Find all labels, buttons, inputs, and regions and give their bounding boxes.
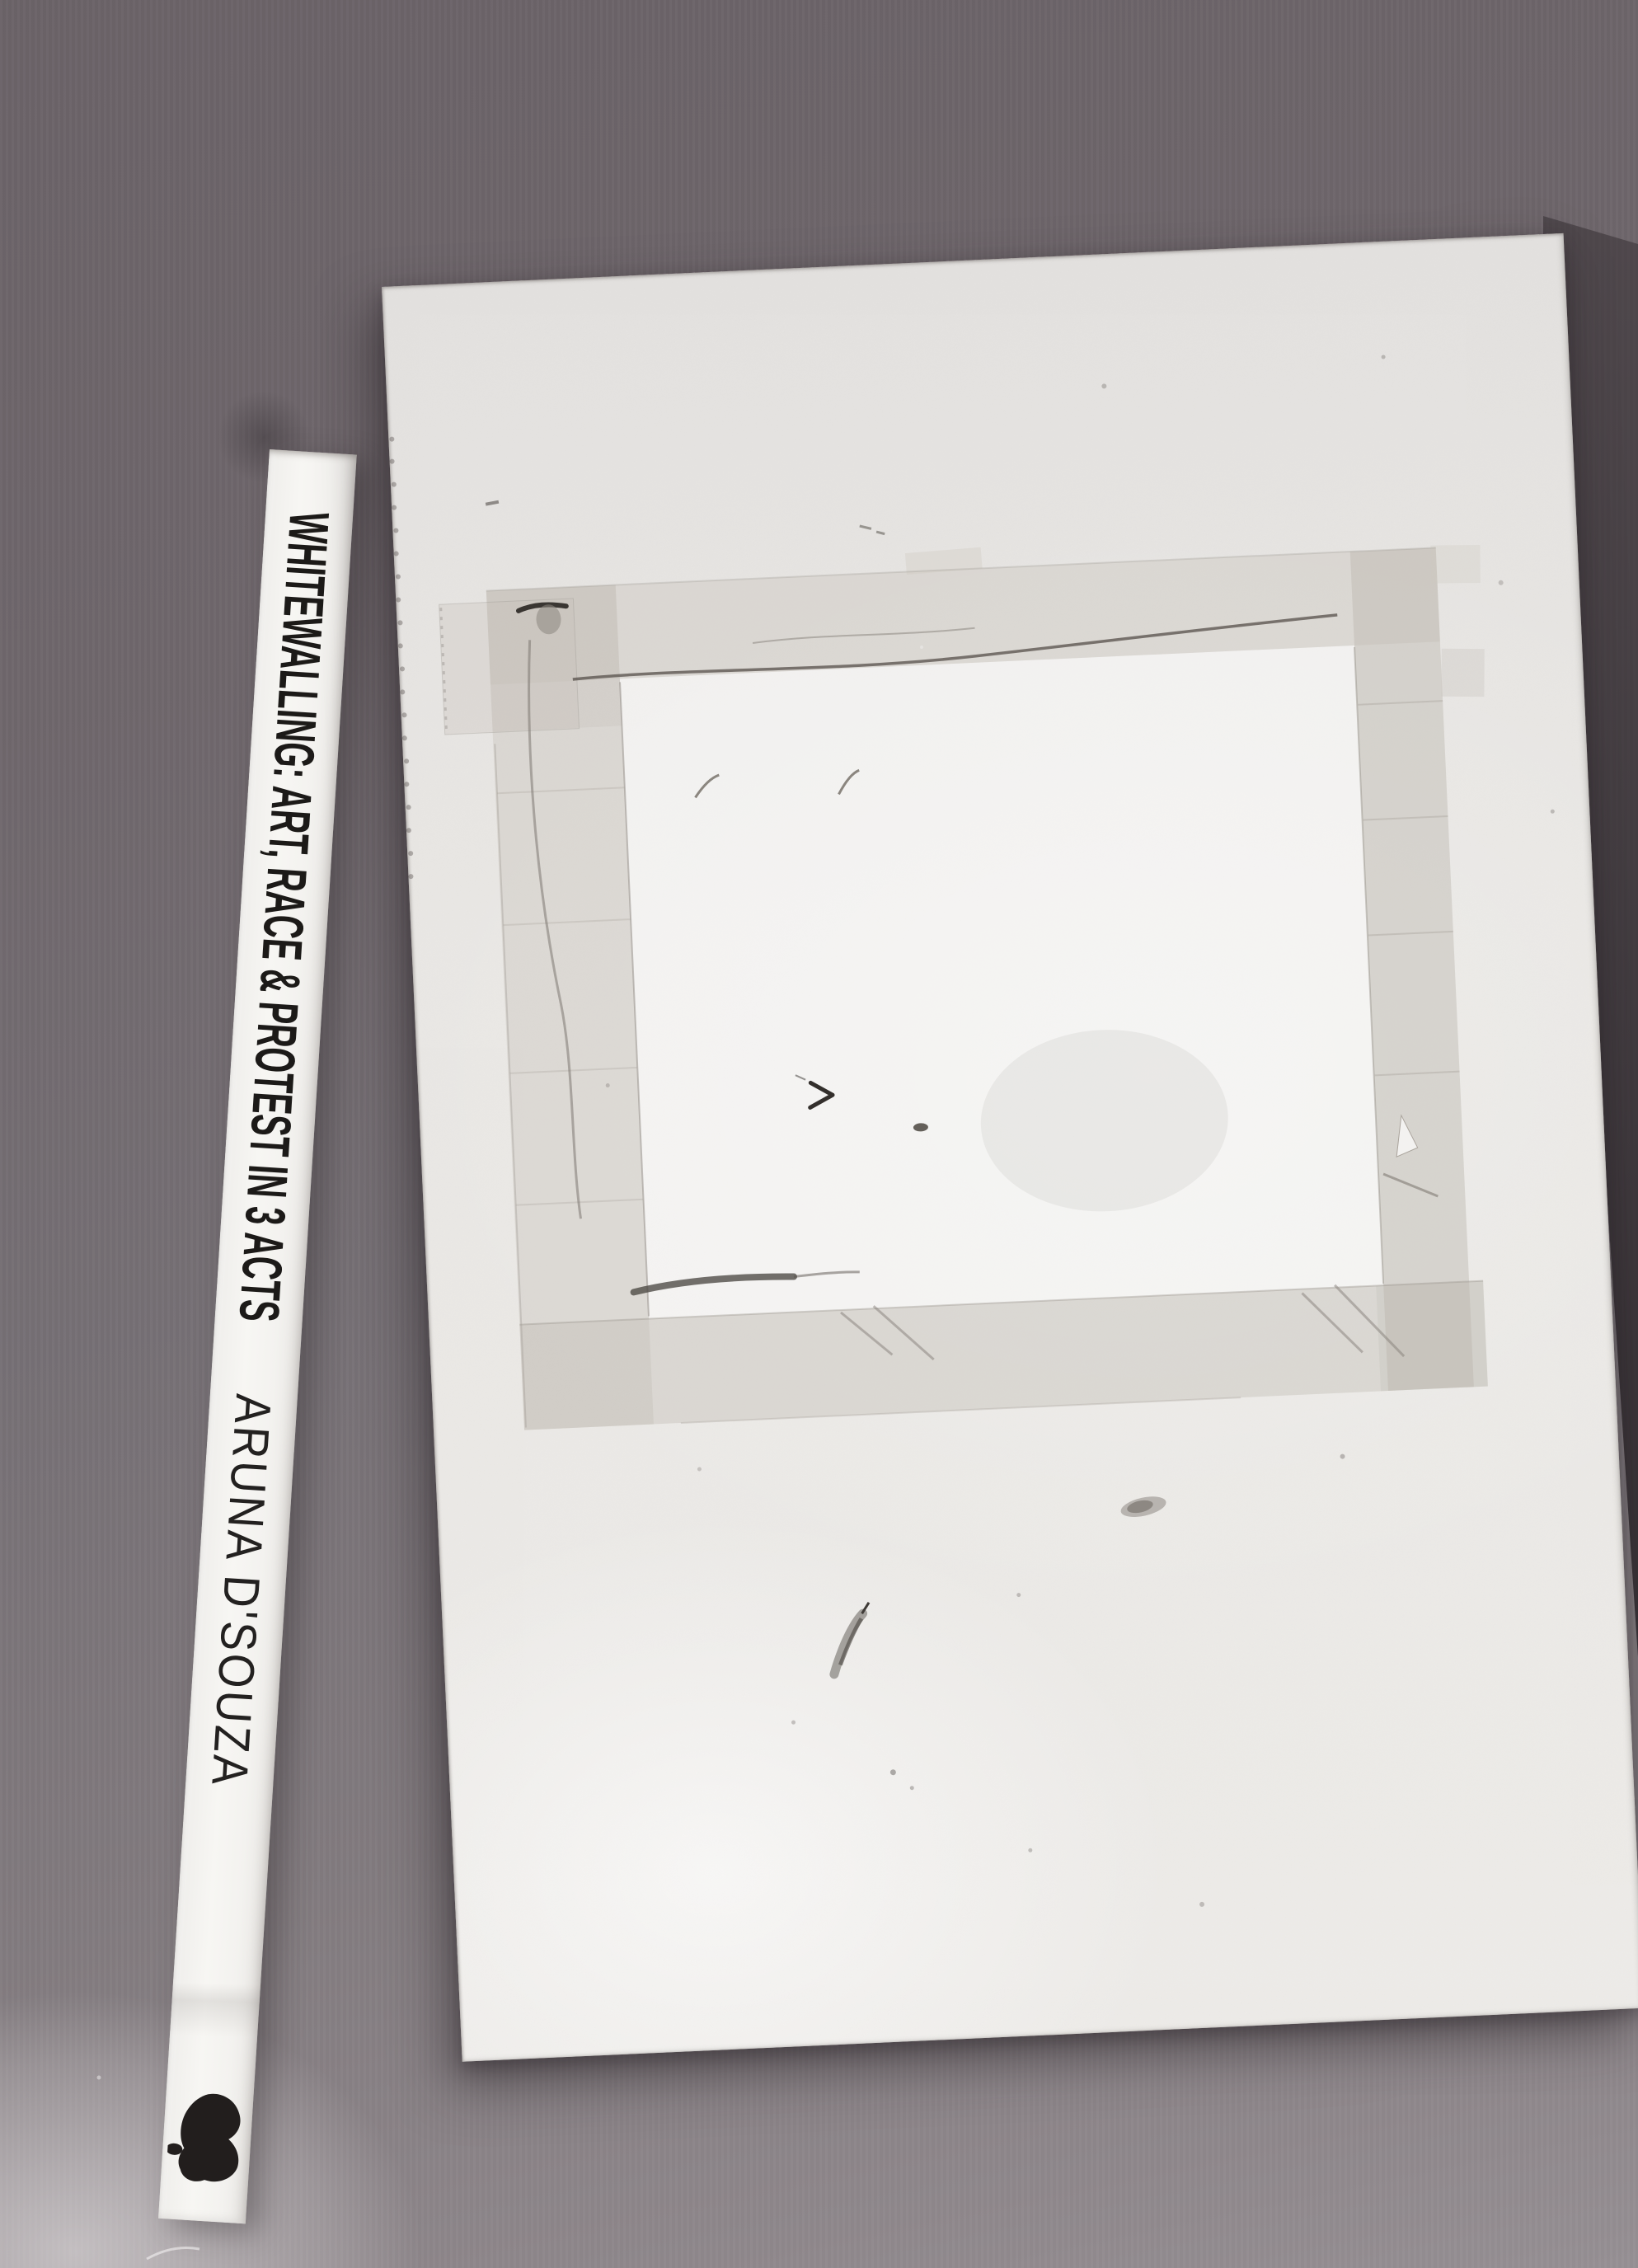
publisher-logo-blob-icon: [166, 2089, 249, 2185]
cover-tape-and-marks: [382, 233, 1638, 2062]
tape-frame: [438, 524, 1518, 1432]
taped-inner-panel: [620, 646, 1383, 1319]
photo-backdrop: WHITEWALLING: ART, RACE & PROTEST IN 3 A…: [0, 0, 1638, 2268]
book-back-cover: [382, 233, 1638, 2062]
